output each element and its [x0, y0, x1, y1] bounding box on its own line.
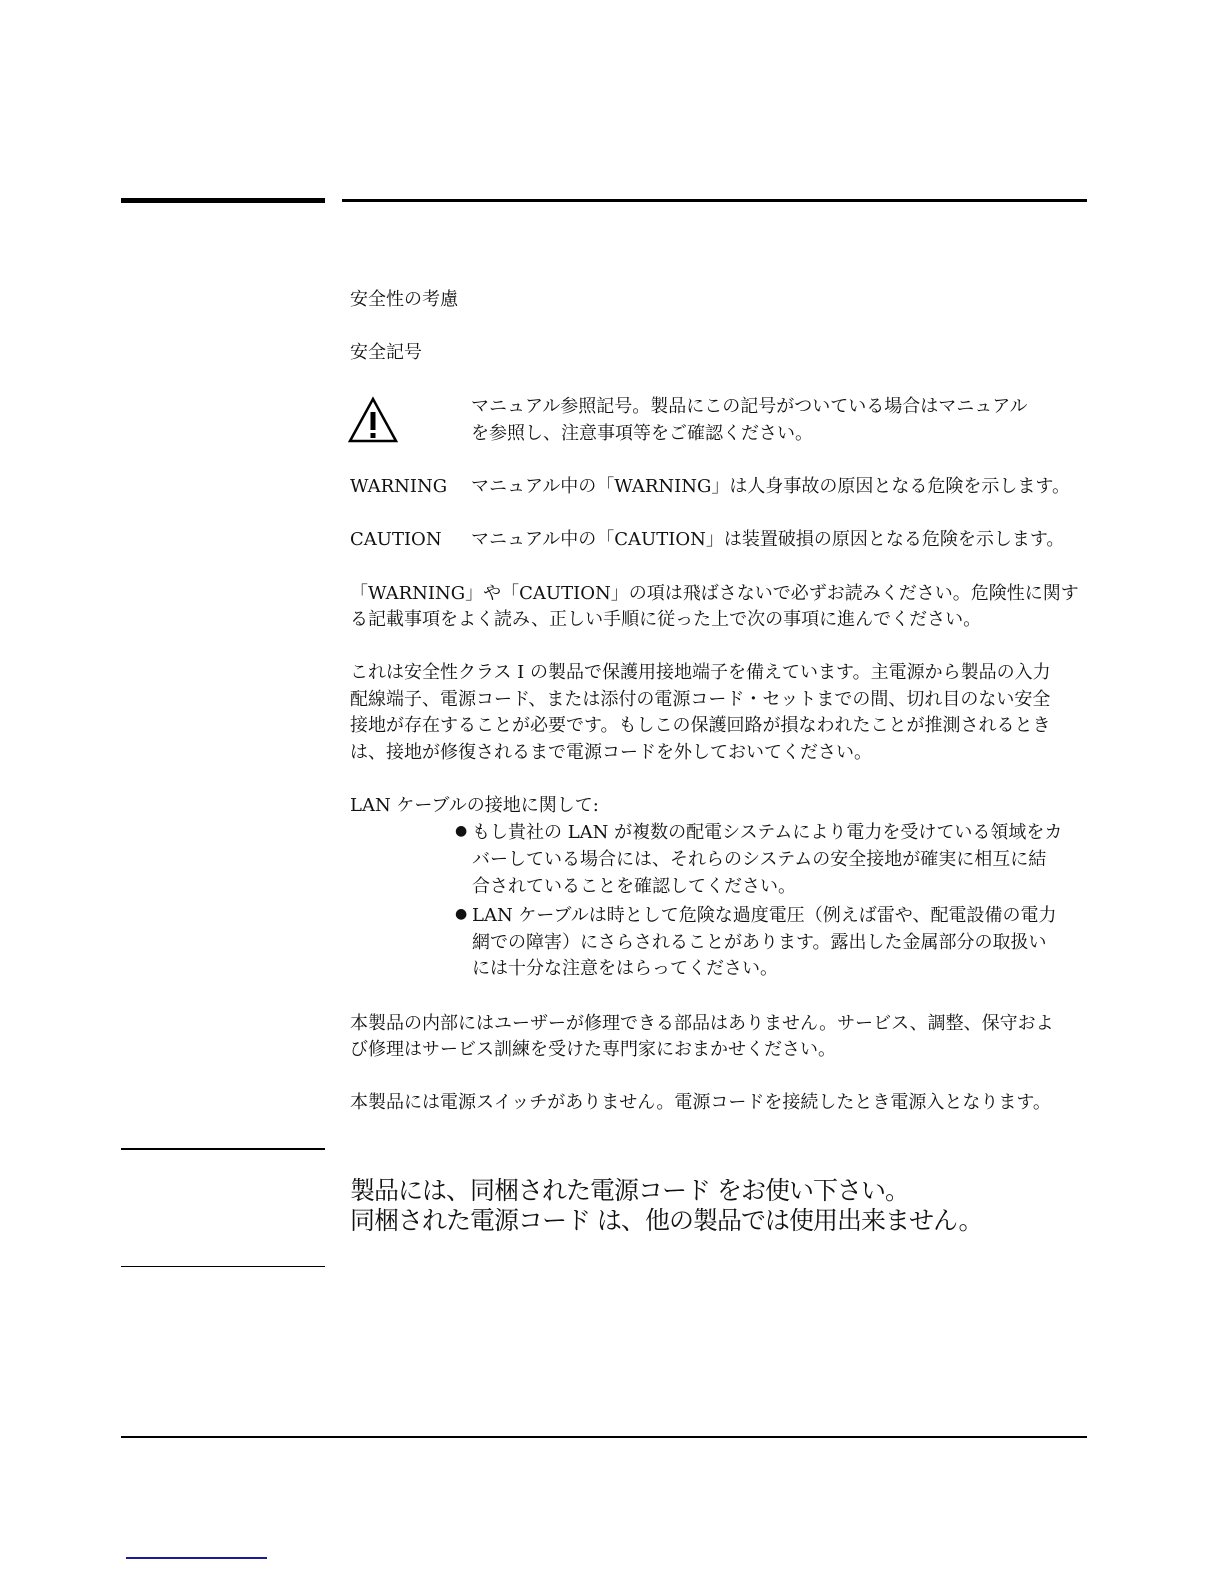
warning-triangle-icon — [348, 396, 398, 444]
lan-bullet1-line2: バーしている場合には、それらのシステムの安全接地が確実に相互に結 — [472, 846, 1046, 873]
section-heading: 安全性の考慮 — [350, 286, 458, 313]
section-subheading: 安全記号 — [350, 339, 422, 366]
note-rule-top — [121, 1148, 325, 1150]
power-switch-text: 本製品には電源スイッチがありません。電源コードを接続したとき電源入となります。 — [350, 1089, 1051, 1116]
read-notice-line1: 「WARNING」や「CAUTION」の項は飛ばさないで必ずお読みください。危険… — [350, 580, 1079, 607]
footer-rule — [121, 1436, 1087, 1438]
caution-term: CAUTION — [350, 526, 442, 553]
lan-bullet2-line1: LAN ケーブルは時として危険な過度電圧（例えば雷や、配電設備の電力 — [472, 902, 1056, 929]
class1-line1: これは安全性クラス I の製品で保護用接地端子を備えています。主電源から製品の入… — [350, 659, 1051, 686]
lan-bullet2-line3: には十分な注意をはらってください。 — [472, 955, 778, 982]
note-line2: 同梱された電源コード は、他の製品では使用出来ません。 — [350, 1206, 982, 1236]
bullet-icon: ● — [455, 823, 467, 839]
class1-line4: は、接地が修復されるまで電源コードを外しておいてください。 — [350, 739, 872, 766]
lan-heading: LAN ケーブルの接地に関して: — [350, 792, 599, 819]
note-rule-bottom — [121, 1266, 325, 1267]
warning-term: WARNING — [350, 473, 447, 500]
warning-desc: マニュアル中の「WARNING」は人身事故の原因となる危険を示します。 — [471, 473, 1070, 500]
note-line1: 製品には、同梱された電源コード をお使い下さい。 — [350, 1176, 982, 1206]
symbol-desc-line2: を参照し、注意事項等をご確認ください。 — [471, 420, 813, 447]
class1-line2: 配線端子、電源コード、または添付の電源コード・セットまでの間、切れ目のない安全 — [350, 686, 1050, 713]
header-rule-left — [121, 198, 325, 203]
bullet-icon: ● — [455, 906, 467, 922]
header-rule-right — [342, 199, 1087, 202]
caution-desc: マニュアル中の「CAUTION」は装置破損の原因となる危険を示します。 — [471, 526, 1064, 553]
lan-bullet2-line2: 網での障害）にさらされることがあります。露出した金属部分の取扱い — [472, 929, 1047, 956]
service-line1: 本製品の内部にはユーザーが修理できる部品はありません。サービス、調整、保守およ — [350, 1010, 1054, 1037]
symbol-desc-line1: マニュアル参照記号。製品にこの記号がついている場合はマニュアル — [471, 393, 1028, 420]
class1-line3: 接地が存在することが必要です。もしこの保護回路が損なわれたことが推測されるとき — [350, 712, 1051, 739]
footer-link-underline[interactable] — [126, 1557, 267, 1559]
lan-bullet1-line3: 合されていることを確認してください。 — [472, 873, 796, 900]
power-cord-note: 製品には、同梱された電源コード をお使い下さい。 同梱された電源コード は、他の… — [350, 1176, 982, 1236]
service-line2: び修理はサービス訓練を受けた専門家におまかせください。 — [350, 1036, 836, 1063]
read-notice-line2: る記載事項をよく読み、正しい手順に従った上で次の事項に進んでください。 — [350, 606, 981, 633]
lan-bullet1-line1: もし貴社の LAN が複数の配電システムにより電力を受けている領域をカ — [472, 819, 1062, 846]
